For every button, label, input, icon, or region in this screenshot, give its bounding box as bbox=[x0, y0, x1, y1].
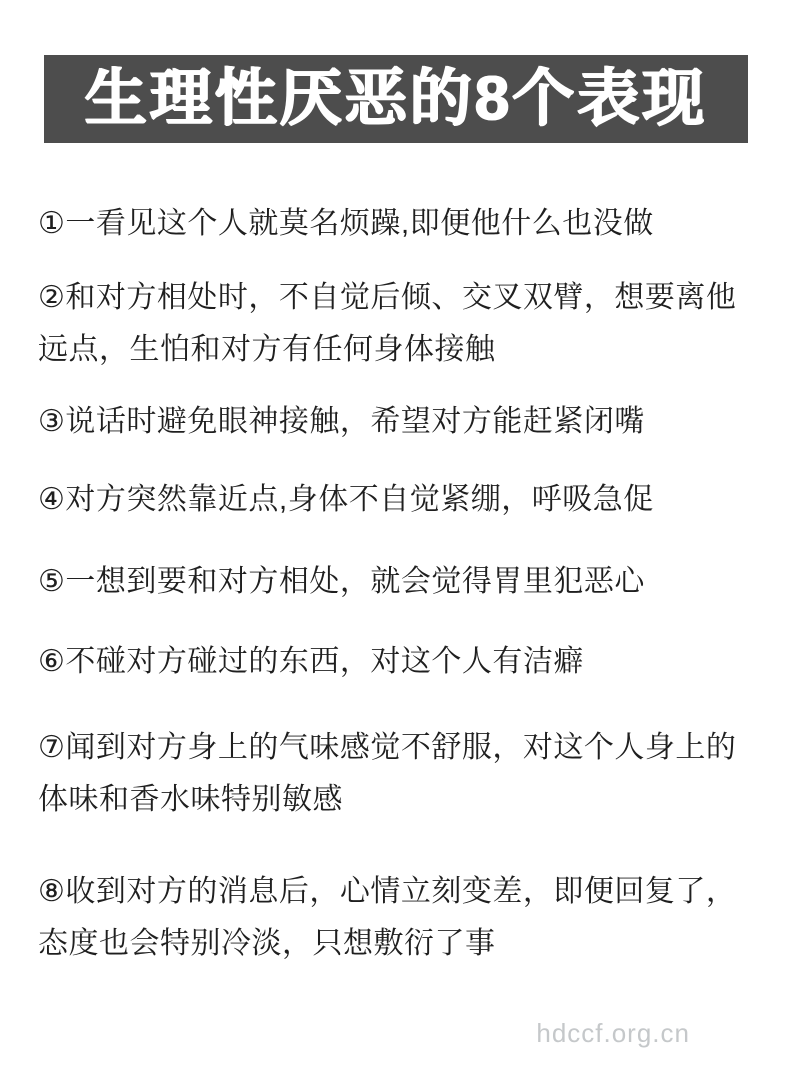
list-item-6: ⑥不碰对方碰过的东西，对这个人有洁癖 bbox=[38, 636, 760, 688]
list-item-7: ⑦闻到对方身上的气味感觉不舒服，对这个人身上的体味和香水味特别敏感 bbox=[38, 722, 760, 826]
title-banner: 生理性厌恶的8个表现 bbox=[44, 55, 748, 143]
list-item-3: ③说话时避免眼神接触，希望对方能赶紧闭嘴 bbox=[38, 396, 760, 448]
list-item-4: ④对方突然靠近点,身体不自觉紧绷，呼吸急促 bbox=[38, 474, 760, 526]
poster-page: 生理性厌恶的8个表现 ①一看见这个人就莫名烦躁,即便他什么也没做 ②和对方相处时… bbox=[0, 0, 800, 1067]
list-item-5: ⑤一想到要和对方相处，就会觉得胃里犯恶心 bbox=[38, 556, 760, 608]
page-title: 生理性厌恶的8个表现 bbox=[85, 68, 707, 130]
list-item-2: ②和对方相处时，不自觉后倾、交叉双臂，想要离他远点，生怕和对方有任何身体接触 bbox=[38, 272, 760, 376]
item-list: ①一看见这个人就莫名烦躁,即便他什么也没做 ②和对方相处时，不自觉后倾、交叉双臂… bbox=[38, 198, 760, 970]
list-item-1: ①一看见这个人就莫名烦躁,即便他什么也没做 bbox=[38, 198, 760, 250]
watermark: hdccf.org.cn bbox=[536, 1018, 690, 1049]
list-item-8: ⑧收到对方的消息后，心情立刻变差，即便回复了，态度也会特别冷淡，只想敷衍了事 bbox=[38, 866, 760, 970]
